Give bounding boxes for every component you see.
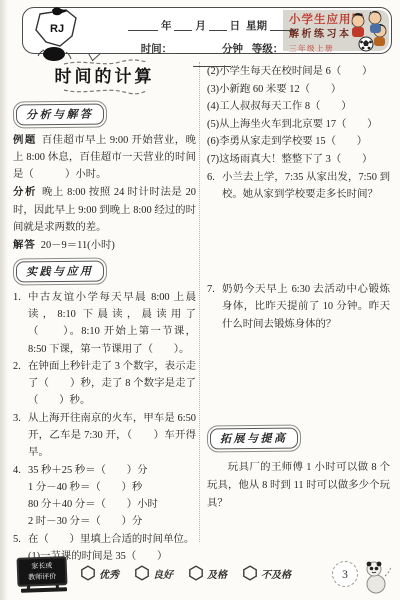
answer-text: 20－9＝11(小时) [41, 240, 115, 251]
blackboard-base [21, 587, 67, 593]
hexagon-checkbox-icon [242, 565, 258, 581]
analysis-label: 分析 [13, 187, 37, 198]
rating-row: 优秀 良好 及格 不及格 [80, 565, 291, 581]
question-text: 35 秒＋25 秒＝（ ）分 1 分－40 秒＝（ ）秒 80 分＋40 分＝（… [28, 462, 196, 531]
question-number: 4. [13, 462, 28, 531]
question-text: 从上海开往南京的火车，甲车是 6:50 开，乙车是 7:30 开，（ ）车开得早… [28, 410, 196, 462]
week-label: 星期 [246, 20, 267, 32]
conversion-line: 80 分＋40 分＝（ ）小时 [28, 496, 196, 513]
rating-good: 良好 [134, 565, 173, 581]
example-label: 例题 [13, 135, 37, 146]
column-divider [199, 62, 200, 542]
year-blank [128, 20, 158, 31]
rating-pass: 及格 [188, 565, 227, 581]
question-number: 6. [207, 169, 222, 204]
rating-fail: 不及格 [242, 565, 291, 581]
page-number-badge: 3 [332, 561, 358, 587]
question-2: 2. 在钟面上秒针走了 3 个数字，表示走了（ ）秒，走了 8 个数字是走了（ … [13, 358, 196, 410]
extension-text: 玩具厂的王师傅 1 小时可以做 8 个玩具，他从 8 时到 11 时可以做多少个… [207, 459, 390, 513]
rj-edition-logo: RJ [26, 6, 90, 62]
section-badge-practice: 实践与应用 [16, 260, 104, 282]
question-number: 1. [13, 289, 28, 358]
hexagon-checkbox-icon [134, 565, 150, 581]
day-blank [209, 20, 227, 31]
week-blank [270, 20, 296, 31]
sub-item-7: (7)这场雨真大！整整下了 3（ ） [207, 151, 390, 169]
answer-paragraph: 解答20－9＝11(小时) [13, 237, 196, 254]
sub-item-3: (3)小新跑 60 米要 12（ ） [207, 81, 390, 99]
question-number: 2. [13, 358, 28, 410]
section-badge-extension: 拓展与提高 [210, 428, 298, 450]
year-label: 年 [161, 20, 172, 32]
sub-item-6: (6)李勇从家走到学校要 15（ ） [207, 133, 390, 151]
evaluator-label-line2: 教师评价 [19, 571, 65, 583]
question-number: 3. [13, 410, 28, 462]
rating-label: 及格 [207, 566, 227, 581]
sub-item-5: (5)从上海坐火车到北京要 17（ ） [207, 116, 390, 134]
rating-label: 不及格 [261, 566, 291, 581]
example-text: 百佳超市早上 9:00 开始营业，晚上 8:00 休息，百佳超市一天营业的时间是… [13, 135, 196, 181]
question-number: 7. [207, 281, 222, 333]
month-label: 月 [195, 20, 206, 32]
section-badge-analysis: 分析与解答 [16, 103, 104, 125]
page-title: 时间的计算 [13, 67, 196, 87]
question-stem: 在（ ）里填上合适的时间单位。 [28, 531, 196, 548]
conversion-line: 35 秒＋25 秒＝（ ）分 [28, 462, 196, 479]
left-column: 时间的计算 分析与解答 例题百佳超市早上 9:00 开始营业，晚上 8:00 休… [13, 59, 196, 565]
example-paragraph: 例题百佳超市早上 9:00 开始营业，晚上 8:00 休息，百佳超市一天营业的时… [13, 132, 196, 184]
analysis-paragraph: 分析晚上 8:00 按照 24 时计时法是 20 时，因此早上 9:00 到晚上… [13, 184, 196, 236]
question-4: 4. 35 秒＋25 秒＝（ ）分 1 分－40 秒＝（ ）秒 80 分＋40 … [13, 462, 196, 531]
answer-space [207, 203, 390, 281]
svg-text:RJ: RJ [50, 23, 64, 35]
question-7: 7. 奶奶今天早上 6:30 去活动中心锻炼身体，比昨天提前了 10 分钟。昨天… [207, 281, 390, 333]
hexagon-checkbox-icon [80, 565, 96, 581]
question-6: 6. 小兰去上学，7:35 从家出发，7:50 到校。她从家到学校要走多长时间？ [207, 169, 390, 204]
header-fill-in-fields: 年 月 日 星期 时间： 分钟 等级： [121, 18, 303, 68]
minutes-label: 分钟 [222, 43, 243, 55]
answer-label: 解答 [13, 240, 36, 251]
question-text: 奶奶今天早上 6:30 去活动中心锻炼身体，比昨天提前了 10 分钟。昨天什么时… [222, 281, 390, 333]
time-blank [175, 43, 219, 54]
rating-label: 良好 [153, 566, 173, 581]
analysis-text: 晚上 8:00 按照 24 时计时法是 20 时，因此早上 9:00 到晚上 8… [13, 187, 196, 233]
hexagon-checkbox-icon [188, 565, 204, 581]
blackboard-icon: 家长或 教师评价 [17, 556, 68, 587]
time-label: 时间： [141, 43, 173, 55]
answer-space [207, 333, 390, 423]
sub-item-4: (4)工人叔叔每天工作 8（ ） [207, 98, 390, 116]
panda-doodle-icon [358, 556, 394, 596]
scan-binding-edge [0, 0, 8, 600]
question-text: 在钟面上秒针走了 3 个数字，表示走了（ ）秒，走了 8 个数字是走了（ ）秒。 [28, 358, 196, 410]
rating-excellent: 优秀 [80, 565, 119, 581]
question-1: 1. 中古友谊小学每天早晨 8:00 上晨读，8:10 下晨读，晨读用了（ ）。… [13, 289, 196, 358]
time-line: 时间： 分钟 等级： [121, 41, 303, 68]
question-text: 小兰去上学，7:35 从家出发，7:50 到校。她从家到学校要走多长时间？ [222, 169, 390, 204]
day-label: 日 [230, 20, 241, 32]
ink-splotch [43, 47, 65, 61]
title-flourish-bottom-icon [62, 87, 148, 95]
question-3: 3. 从上海开往南京的火车，甲车是 6:50 开，乙车是 7:30 开，（ ）车… [13, 410, 196, 462]
footer: 家长或 教师评价 优秀 良好 及格 不及格 3 [0, 554, 400, 600]
month-blank [174, 20, 192, 31]
rating-label: 优秀 [99, 566, 119, 581]
grade-blank [193, 56, 231, 67]
conversion-line: 1 分－40 秒＝（ ）秒 [28, 479, 196, 496]
question-text: 中古友谊小学每天早晨 8:00 上晨读，8:10 下晨读，晨读用了（ ）。8:1… [28, 289, 196, 358]
date-line: 年 月 日 星期 [121, 18, 303, 33]
right-column: (2)小学生每天在校时间是 6（ ） (3)小新跑 60 米要 12（ ） (4… [207, 63, 390, 523]
conversion-line: 2 时－30 分＝（ ）分 [28, 513, 196, 530]
grade-label: 等级： [252, 43, 284, 55]
children-illustration [342, 11, 388, 53]
